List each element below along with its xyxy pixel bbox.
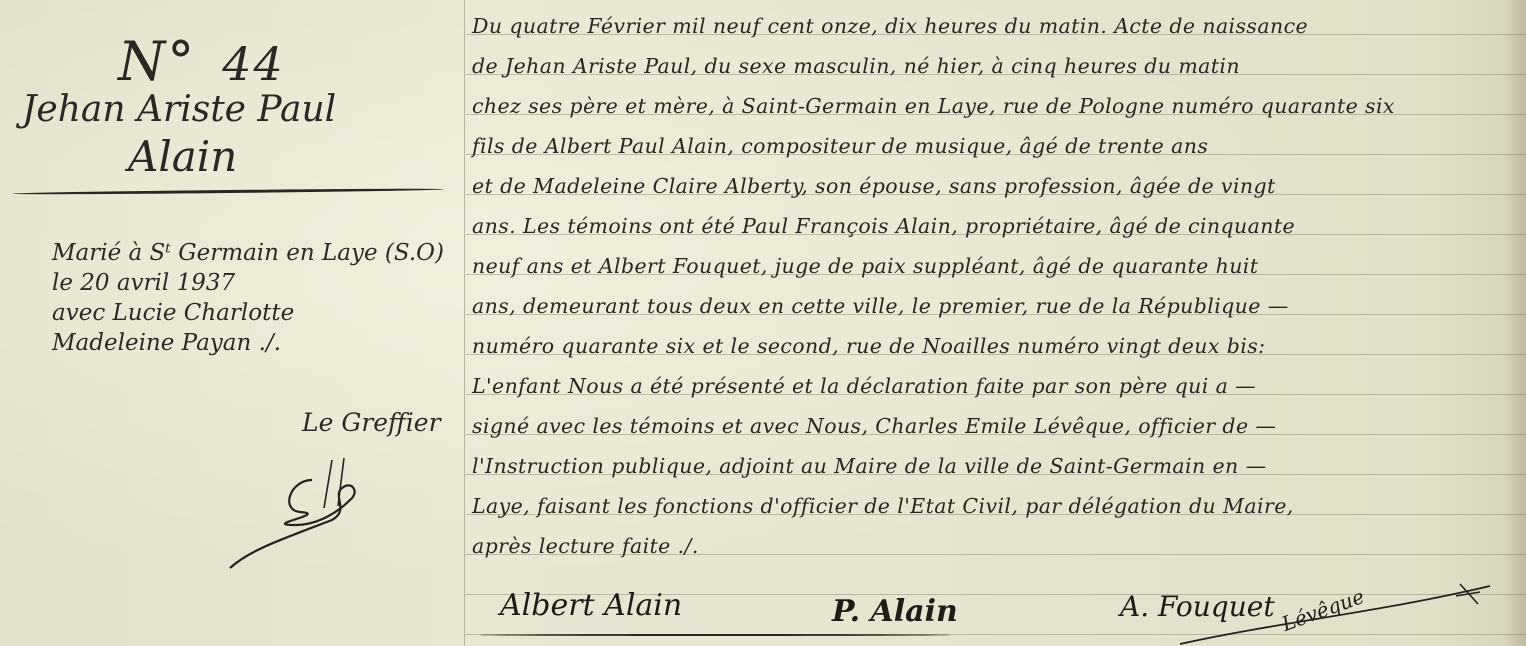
- act-line: Laye, faisant les fonctions d'officier d…: [468, 486, 1498, 526]
- act-line: l'Instruction publique, adjoint au Maire…: [468, 446, 1498, 486]
- act-line: de Jehan Ariste Paul, du sexe masculin, …: [468, 46, 1498, 86]
- act-line: neuf ans et Albert Fouquet, juge de paix…: [468, 246, 1498, 286]
- marriage-note-line: Marié à Sᵗ Germain en Laye (S.O): [52, 238, 444, 268]
- act-line: après lecture faite ./.: [468, 526, 1498, 566]
- witness-1-signature: P. Alain: [832, 594, 958, 629]
- marriage-note-line: avec Lucie Charlotte: [52, 298, 444, 328]
- act-line: Du quatre Février mil neuf cent onze, di…: [468, 6, 1498, 46]
- act-line: chez ses père et mère, à Saint-Germain e…: [468, 86, 1498, 126]
- act-line: ans, demeurant tous deux en cette ville,…: [468, 286, 1498, 326]
- marriage-annotation: Marié à Sᵗ Germain en Laye (S.O) le 20 a…: [52, 238, 444, 358]
- act-body: Du quatre Février mil neuf cent onze, di…: [468, 6, 1498, 566]
- act-line: signé avec les témoins et avec Nous, Cha…: [468, 406, 1498, 446]
- signature-underline: [480, 634, 950, 636]
- greffier-title: Le Greffier: [302, 408, 441, 437]
- act-line: et de Madeleine Claire Alberty, son épou…: [468, 166, 1498, 206]
- marriage-note-line: le 20 avril 1937: [52, 268, 444, 298]
- signature-flourish-icon: [1160, 582, 1520, 646]
- marriage-note-line: Madeleine Payan ./.: [52, 328, 444, 358]
- act-line: numéro quarante six et le second, rue de…: [468, 326, 1498, 366]
- act-number: N°44: [118, 30, 285, 93]
- greffier-signature-icon: [220, 450, 420, 570]
- child-given-names: Jehan Ariste Paul: [22, 92, 336, 128]
- child-surname: Alain: [128, 132, 237, 181]
- margin-column: N°44 Jehan Ariste Paul Alain Marié à Sᵗ …: [0, 0, 462, 646]
- father-signature: Albert Alain: [500, 588, 682, 623]
- act-line: ans. Les témoins ont été Paul François A…: [468, 206, 1498, 246]
- margin-rule: [464, 0, 465, 646]
- act-number-value: 44: [222, 37, 285, 91]
- signatures-row: Albert Alain P. Alain A. Fouquet Lévêque: [480, 582, 1520, 646]
- act-line: fils de Albert Paul Alain, compositeur d…: [468, 126, 1498, 166]
- act-line: L'enfant Nous a été présenté et la décla…: [468, 366, 1498, 406]
- register-page: N°44 Jehan Ariste Paul Alain Marié à Sᵗ …: [0, 0, 1526, 646]
- act-number-prefix: N°: [118, 30, 196, 93]
- margin-divider: [12, 188, 444, 196]
- page-edge-shadow: [1504, 0, 1526, 646]
